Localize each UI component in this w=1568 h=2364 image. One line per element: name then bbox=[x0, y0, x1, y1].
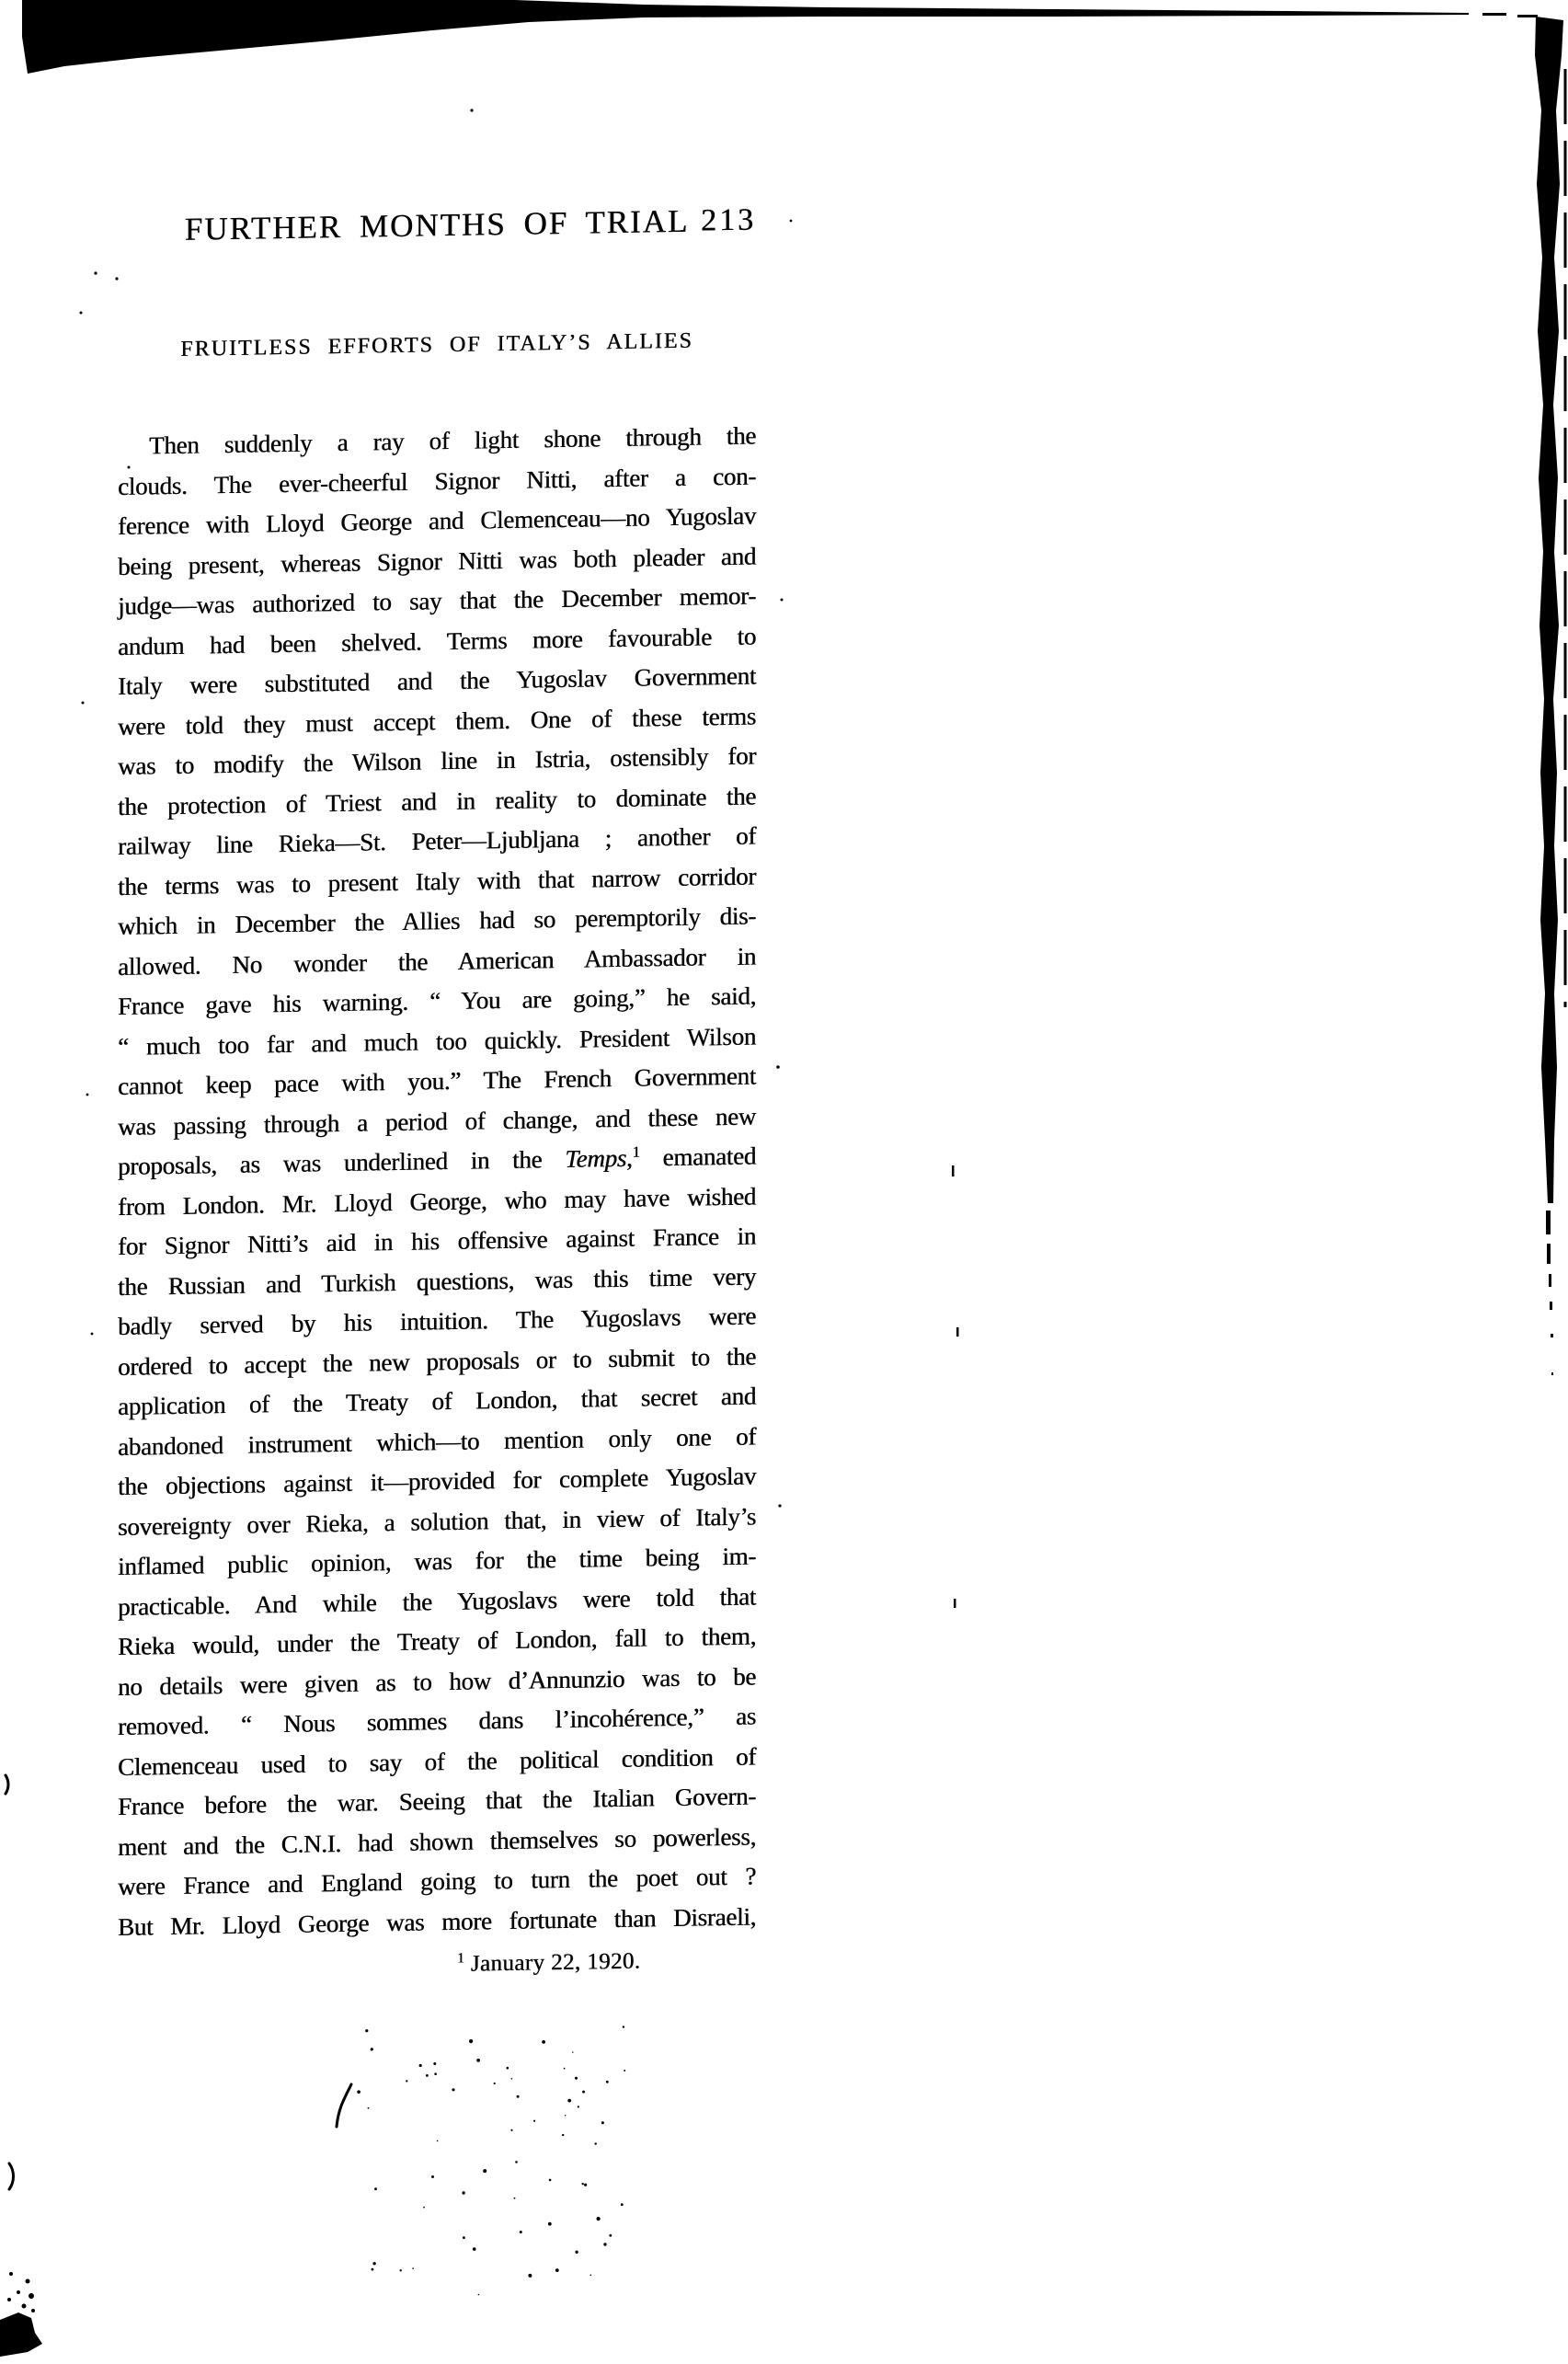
footnote: 1 January 22, 1920. bbox=[457, 1949, 640, 1978]
footnote-text: January 22, 1920. bbox=[464, 1949, 640, 1977]
footnote-marker: 1 bbox=[457, 1950, 464, 1966]
running-title: FURTHER MONTHS OF TRIAL bbox=[118, 201, 756, 249]
temps-pre: proposals, as was underlined in the bbox=[118, 1145, 565, 1180]
printed-text-layer: FURTHER MONTHS OF TRIAL 213 FRUITLESS EF… bbox=[0, 0, 1568, 2364]
section-heading: FRUITLESS EFFORTS OF ITALY’S ALLIES bbox=[118, 327, 756, 363]
page-number: 213 bbox=[701, 202, 756, 238]
scanned-book-page: FURTHER MONTHS OF TRIAL 213 FRUITLESS EF… bbox=[0, 0, 1568, 2364]
running-header: FURTHER MONTHS OF TRIAL 213 bbox=[118, 201, 756, 258]
temps-post: emanated bbox=[640, 1142, 756, 1171]
footnote-reference: 1 bbox=[633, 1143, 640, 1161]
body-text: Then suddenly a ray of light shone throu… bbox=[118, 416, 756, 1947]
temps-italic: Temps bbox=[565, 1144, 626, 1173]
